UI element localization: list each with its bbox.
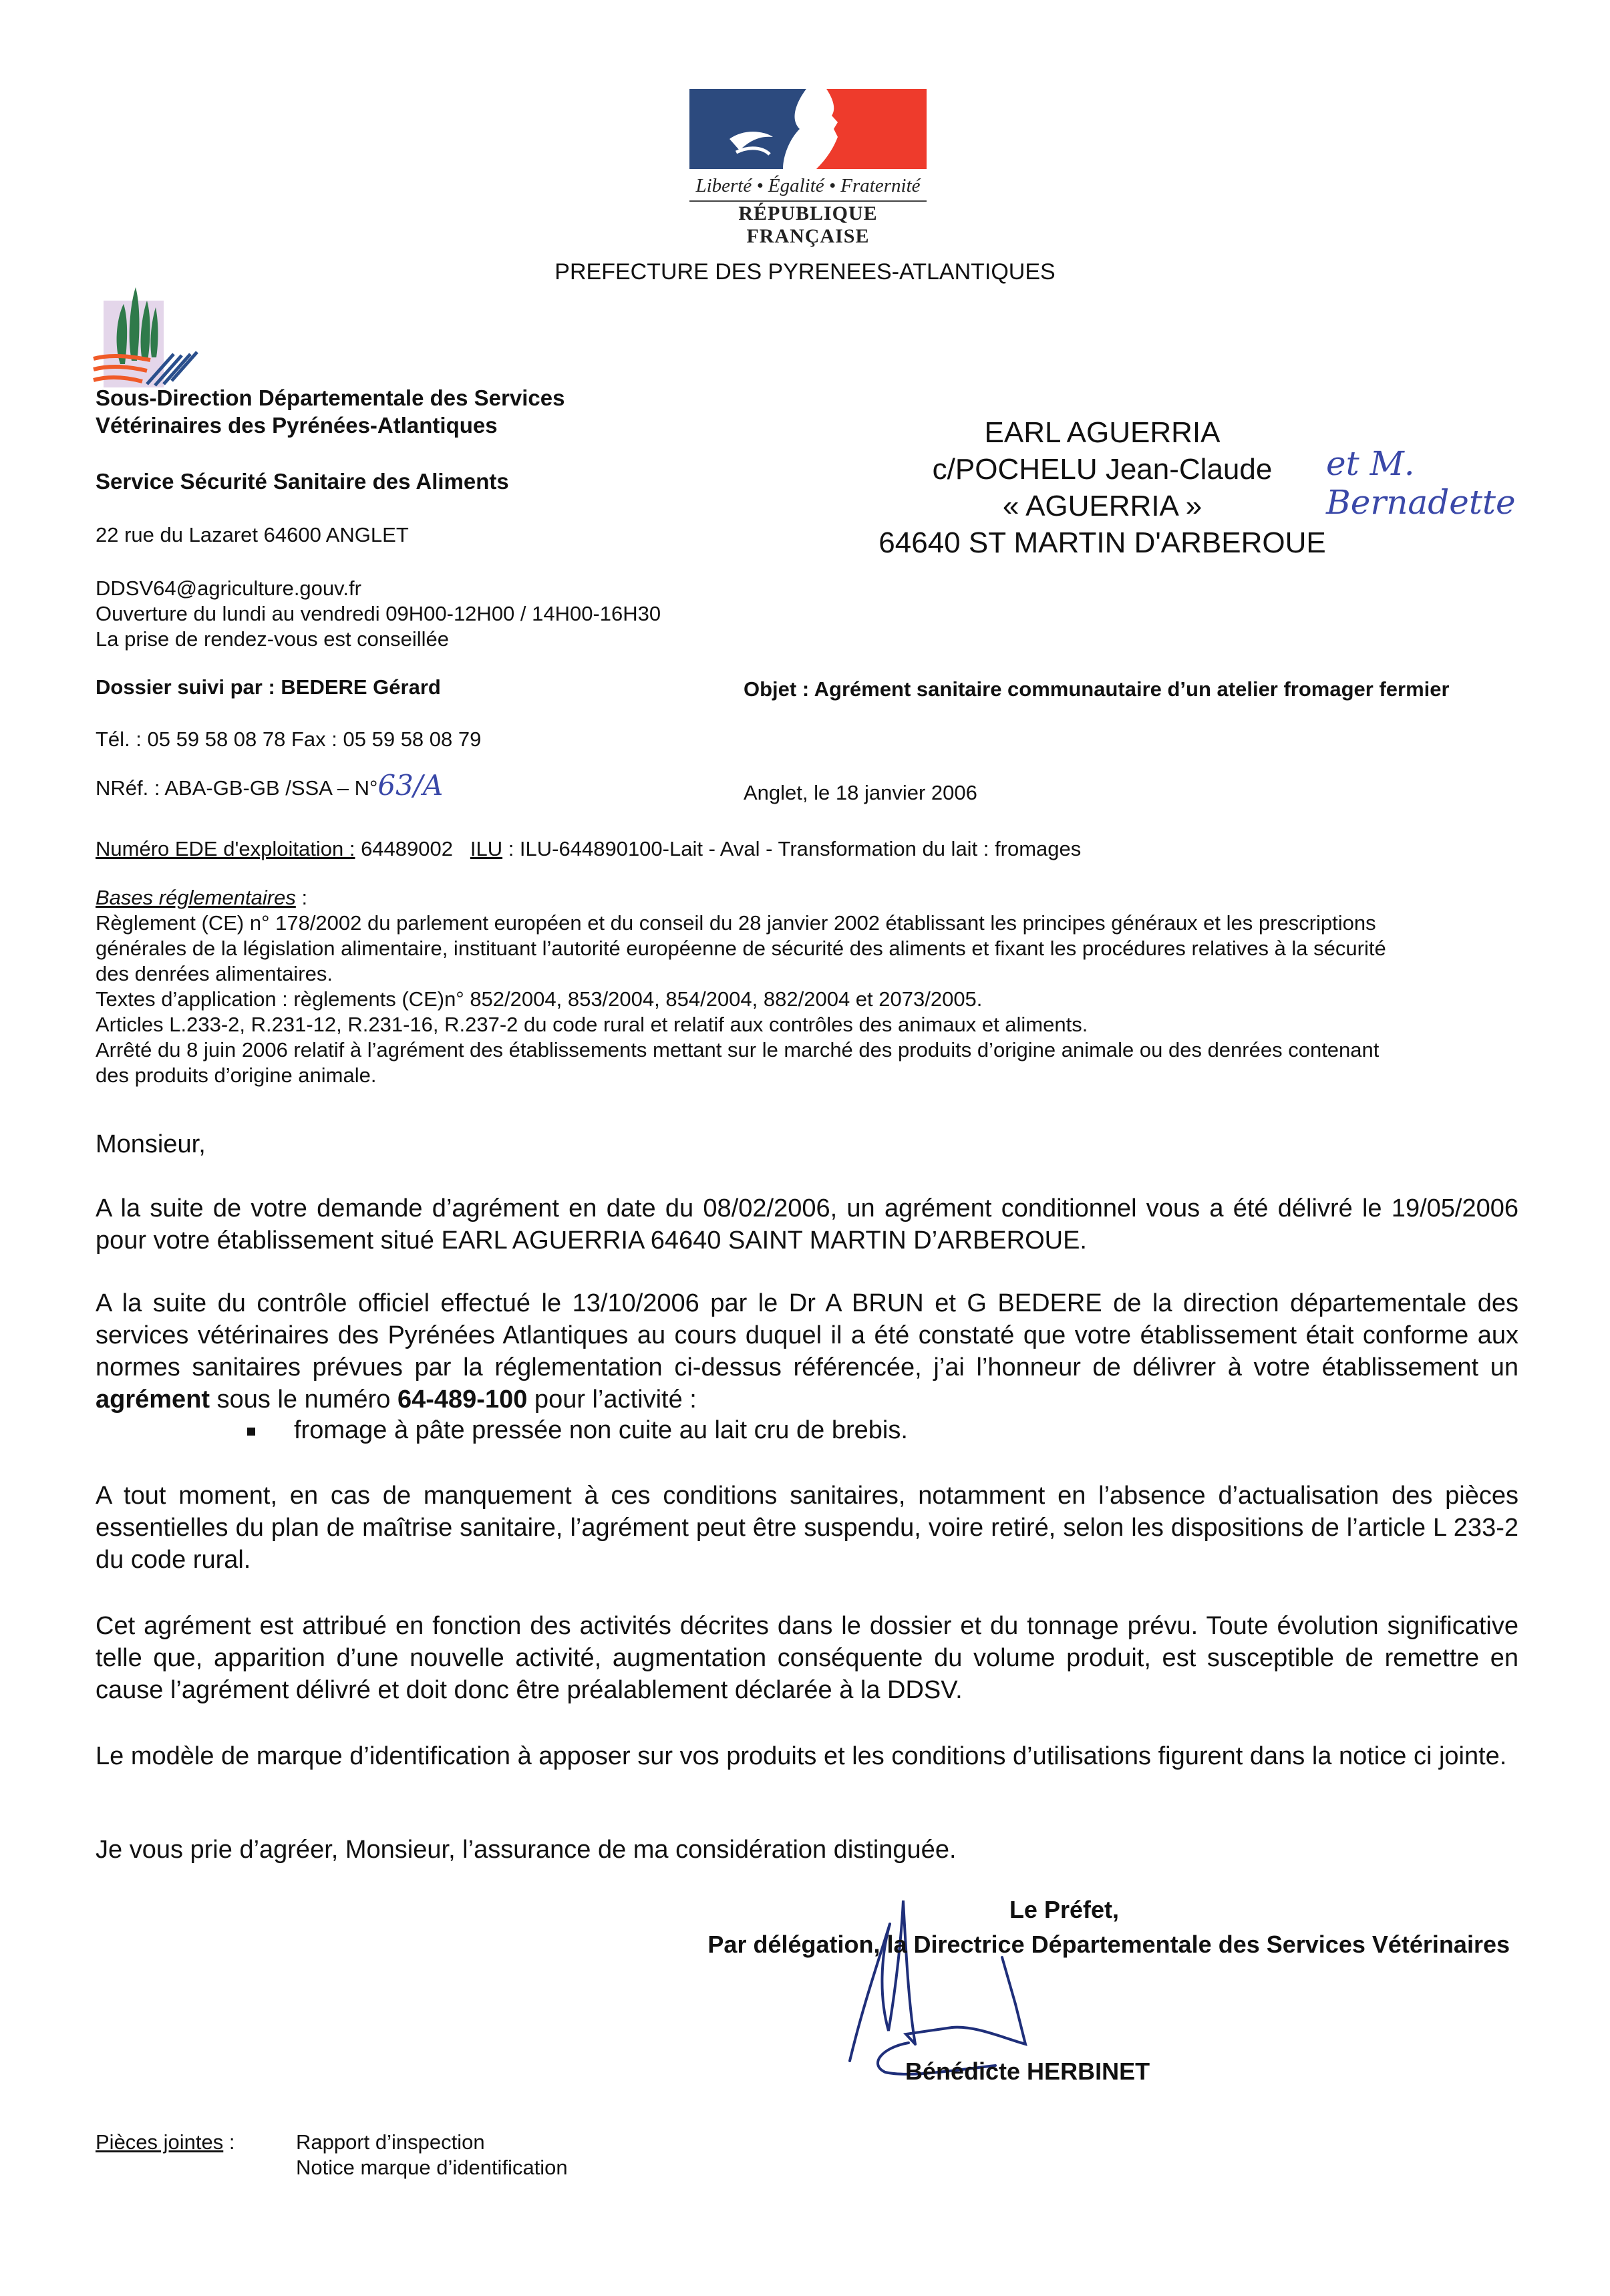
ede-ilu-line: Numéro EDE d'exploitation : 64489002 ILU… xyxy=(96,836,1081,862)
bases-line: Arrêté du 8 juin 2006 relatif à l’agréme… xyxy=(96,1037,1518,1063)
ede-value: 64489002 xyxy=(355,837,470,860)
ddsv-logo xyxy=(90,284,230,391)
ilu-label: ILU xyxy=(470,837,502,860)
signer-name: Bénédicte HERBINET xyxy=(905,2058,1150,2086)
divider xyxy=(689,200,927,202)
paragraph-activities: Cet agrément est attribué en fonction de… xyxy=(96,1610,1518,1706)
activity-list-item: fromage à pâte pressée non cuite au lait… xyxy=(247,1416,908,1445)
attachments-label: Pièces jointes : xyxy=(96,2130,235,2155)
prefecture-heading: PREFECTURE DES PYRENEES-ATLANTIQUES xyxy=(0,259,1610,285)
ilu-value: : ILU-644890100-Lait - Aval - Transforma… xyxy=(502,837,1081,860)
ede-label: Numéro EDE d'exploitation : xyxy=(96,837,355,860)
bases-line: Règlement (CE) n° 178/2002 du parlement … xyxy=(96,911,1518,936)
regulatory-bases: Bases réglementaires : Règlement (CE) n°… xyxy=(96,885,1518,1088)
bases-line: des denrées alimentaires. xyxy=(96,961,1518,987)
sender-email[interactable]: DDSV64@agriculture.gouv.fr xyxy=(96,576,361,601)
service-title: Sous-Direction Départementale des Servic… xyxy=(96,384,565,439)
devise: Liberté • Égalité • Fraternité xyxy=(689,175,927,197)
bases-line: générales de la législation alimentaire,… xyxy=(96,936,1518,961)
bullet-icon xyxy=(247,1428,255,1436)
handwritten-reference: 63/A xyxy=(377,769,443,802)
salutation: Monsieur, xyxy=(96,1130,206,1159)
dossier-handler: Dossier suivi par : BEDERE Gérard xyxy=(96,675,441,700)
phone-fax: Tél. : 05 59 58 08 78 Fax : 05 59 58 08 … xyxy=(96,727,481,752)
date-place: Anglet, le 18 janvier 2006 xyxy=(744,780,977,806)
reference-number: NRéf. : ABA-GB-GB /SSA – N°63/A xyxy=(96,773,443,801)
bases-line: des produits d’origine animale. xyxy=(96,1063,1518,1088)
attachment-item: Rapport d’inspection xyxy=(296,2130,568,2155)
subject-line: Objet : Agrément sanitaire communautaire… xyxy=(744,677,1450,702)
republique-francaise: RÉPUBLIQUE FRANÇAISE xyxy=(689,202,927,248)
paragraph-request: A la suite de votre demande d’agrément e… xyxy=(96,1192,1518,1257)
bases-line: Textes d’application : règlements (CE)n°… xyxy=(96,987,1518,1012)
bases-line: Articles L.233-2, R.231-12, R.231-16, R.… xyxy=(96,1012,1518,1037)
attachments-list: Rapport d’inspection Notice marque d’ide… xyxy=(296,2130,568,2180)
attachment-item: Notice marque d’identification xyxy=(296,2155,568,2180)
service-subtitle: Service Sécurité Sanitaire des Aliments xyxy=(96,469,509,494)
paragraph-suspension: A tout moment, en cas de manquement à ce… xyxy=(96,1480,1518,1576)
signer-title: Le Préfet, Par délégation, la Directrice… xyxy=(581,1893,1510,1962)
sender-address: 22 rue du Lazaret 64600 ANGLET xyxy=(96,522,409,548)
bases-heading: Bases réglementaires xyxy=(96,886,296,909)
appointment-note: La prise de rendez-vous est conseillée xyxy=(96,627,449,652)
closing-formula: Je vous prie d’agréer, Monsieur, l’assur… xyxy=(96,1834,1518,1866)
opening-hours: Ouverture du lundi au vendredi 09H00-12H… xyxy=(96,601,661,627)
agrement-number: 64-489-100 xyxy=(397,1385,527,1414)
handwritten-recipient-note: et M. Bernadette xyxy=(1326,444,1610,522)
paragraph-agrement: A la suite du contrôle officiel effectué… xyxy=(96,1287,1518,1416)
paragraph-marque: Le modèle de marque d’identification à a… xyxy=(96,1740,1518,1772)
marianne-logo xyxy=(689,89,927,169)
